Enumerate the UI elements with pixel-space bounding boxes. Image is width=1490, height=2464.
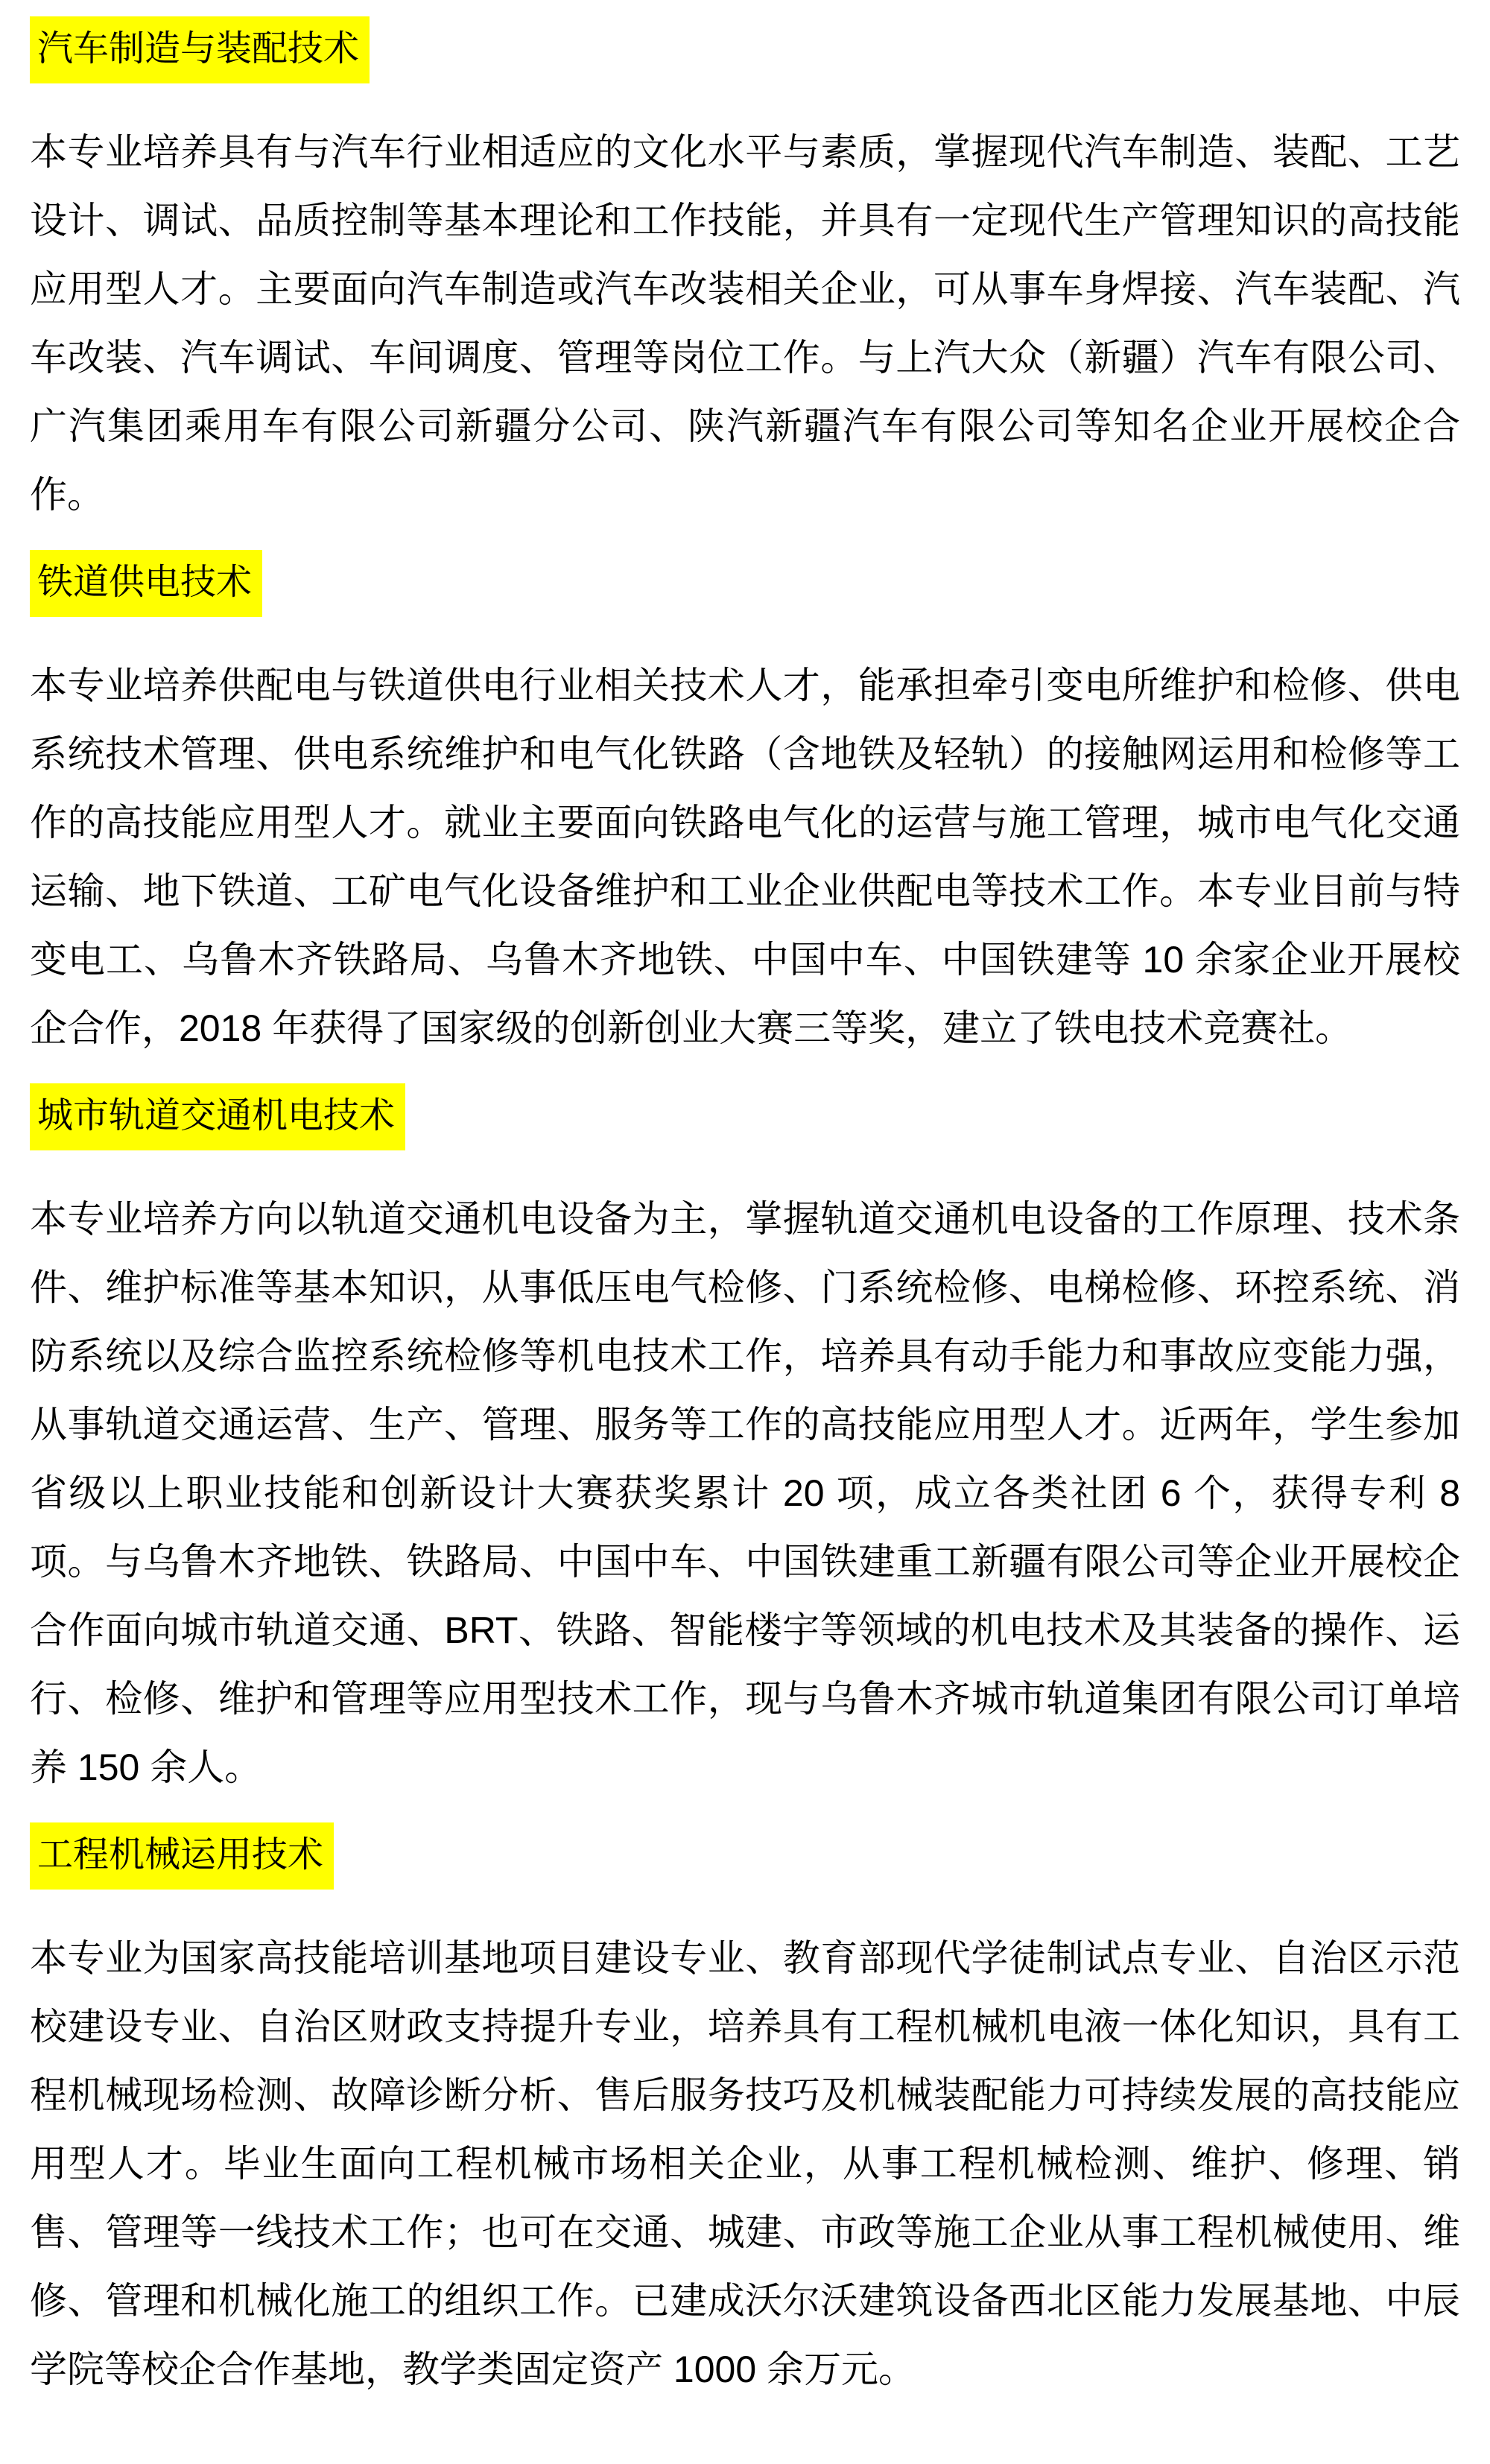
- section-engineering-machinery: 工程机械运用技术 本专业为国家高技能培训基地项目建设专业、教育部现代学徒制试点专…: [30, 1822, 1460, 2404]
- heading-highlight: 汽车制造与装配技术: [30, 16, 370, 83]
- section-heading: 汽车制造与装配技术: [30, 16, 1460, 83]
- heading-highlight: 城市轨道交通机电技术: [30, 1083, 405, 1150]
- section-automobile-manufacturing: 汽车制造与装配技术 本专业培养具有与汽车行业相适应的文化水平与素质，掌握现代汽车…: [30, 16, 1460, 529]
- section-heading: 工程机械运用技术: [30, 1822, 1460, 1890]
- section-railway-power-supply: 铁道供电技术 本专业培养供配电与铁道供电行业相关技术人才，能承担牵引变电所维护和…: [30, 550, 1460, 1062]
- section-urban-rail-transit-mechatronics: 城市轨道交通机电技术 本专业培养方向以轨道交通机电设备为主，掌握轨道交通机电设备…: [30, 1083, 1460, 1802]
- section-paragraph: 本专业培养方向以轨道交通机电设备为主，掌握轨道交通机电设备的工作原理、技术条件、…: [30, 1185, 1460, 1802]
- heading-highlight: 工程机械运用技术: [30, 1822, 334, 1890]
- heading-highlight: 铁道供电技术: [30, 550, 262, 617]
- section-paragraph: 本专业为国家高技能培训基地项目建设专业、教育部现代学徒制试点专业、自治区示范校建…: [30, 1924, 1460, 2404]
- section-paragraph: 本专业培养具有与汽车行业相适应的文化水平与素质，掌握现代汽车制造、装配、工艺设计…: [30, 118, 1460, 529]
- section-paragraph: 本专业培养供配电与铁道供电行业相关技术人才，能承担牵引变电所维护和检修、供电系统…: [30, 651, 1460, 1062]
- section-heading: 铁道供电技术: [30, 550, 1460, 617]
- section-heading: 城市轨道交通机电技术: [30, 1083, 1460, 1150]
- document-page: 汽车制造与装配技术 本专业培养具有与汽车行业相适应的文化水平与素质，掌握现代汽车…: [0, 0, 1490, 2464]
